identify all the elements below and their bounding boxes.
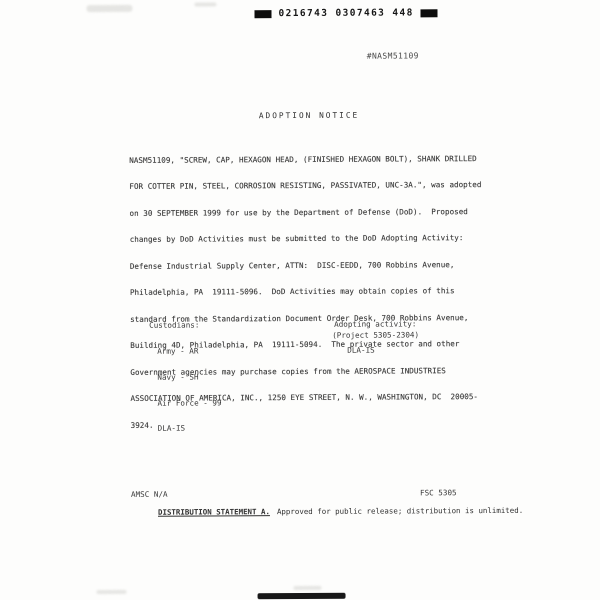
custodian-item: Army - AR: [157, 347, 221, 356]
amsc-code: AMSC N/A: [131, 490, 168, 499]
body-line: on 30 SEPTEMBER 1999 for use by the Depa…: [130, 208, 482, 219]
fsc-code: FSC 5305: [420, 488, 457, 497]
barcode-strip: 0216743 0307463 448: [254, 7, 437, 19]
distribution-statement-text: Approved for public release; distributio…: [277, 506, 523, 516]
custodian-item: Air Force - 99: [158, 399, 222, 408]
scan-smudge: [86, 5, 132, 12]
scan-smudge: [293, 586, 321, 590]
body-line: Philadelphia, PA 19111-5096. DoD Activit…: [130, 287, 482, 298]
document-reference: #NASM51109: [367, 51, 419, 60]
adopting-activity-value: DLA-IS: [347, 346, 416, 355]
barcode-digits: 0216743 0307463 448: [278, 7, 413, 19]
scan-content: 0216743 0307463 448 #NASM51109 ADOPTION …: [0, 0, 600, 600]
scan-smudge: [194, 2, 216, 6]
distribution-statement: DISTRIBUTION STATEMENT A.Approved for pu…: [131, 497, 523, 526]
barcode-block-left-icon: [254, 10, 271, 18]
scanned-document-page: 0216743 0307463 448 #NASM51109 ADOPTION …: [0, 0, 600, 600]
scan-smudge: [97, 590, 127, 594]
scan-edge-bar: [258, 593, 346, 599]
custodian-item: DLA-IS: [158, 425, 222, 434]
body-line: Defense Industrial Supply Center, ATTN: …: [130, 261, 482, 272]
barcode-block-right-icon: [421, 9, 438, 17]
custodian-item: Navy - SH: [157, 373, 221, 382]
adopting-activity-heading: Adopting activity:: [334, 321, 416, 330]
project-number: (Project 5305-2304): [332, 330, 419, 339]
custodians-heading: Custodians:: [149, 322, 221, 331]
custodians-block: Custodians: Army - AR Navy - SH Air Forc…: [149, 304, 222, 450]
distribution-statement-label: DISTRIBUTION STATEMENT A.: [158, 507, 270, 517]
body-line: NASM51109, "SCREW, CAP, HEXAGON HEAD, (F…: [129, 155, 481, 166]
body-line: FOR COTTER PIN, STEEL, CORROSION RESISTI…: [129, 181, 481, 192]
page-title: ADOPTION NOTICE: [129, 110, 489, 121]
body-line: changes by DoD Activities must be submit…: [130, 234, 482, 245]
